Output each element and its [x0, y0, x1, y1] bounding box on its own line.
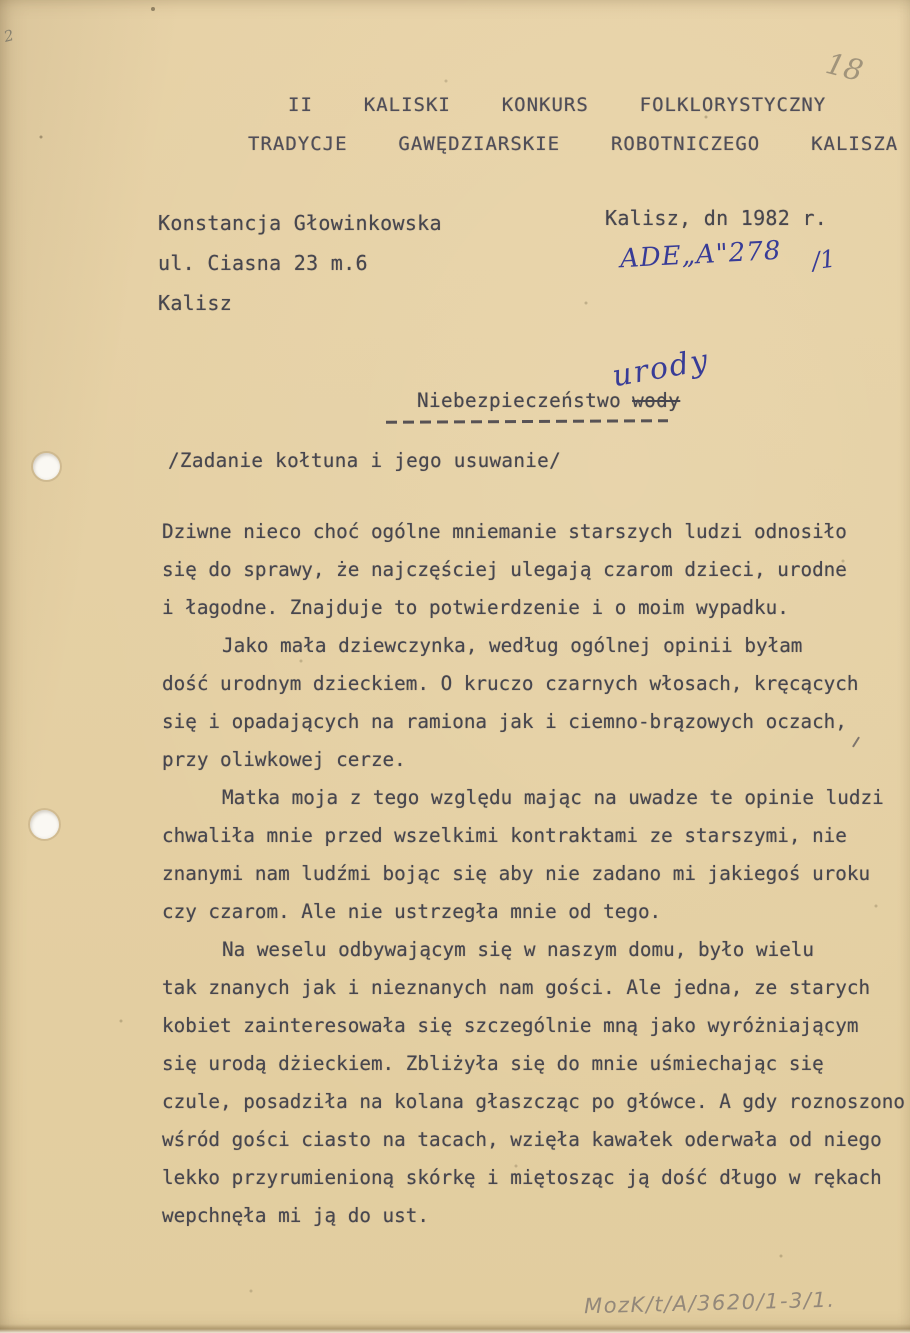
- archive-reference-ink: ADE„A"278: [619, 236, 782, 274]
- body-line: czy czarom. Ale nie ustrzegła mnie od te…: [162, 893, 910, 931]
- document-header-line2: TRADYCJE GAWĘDZIARSKIE ROBOTNICZEGO KALI…: [248, 133, 898, 155]
- body-line: znanymi nam ludźmi bojąc się aby nie zad…: [162, 855, 910, 893]
- author-name: Konstancja Głowinkowska: [158, 211, 442, 235]
- author-city: Kalisz: [158, 291, 232, 315]
- body-line: Matka moja z tego względu mając na uwadz…: [162, 779, 910, 817]
- punch-hole: [33, 453, 60, 480]
- document-title: Niebezpieczeństwowody: [417, 389, 680, 412]
- archive-bottom-reference-pencil: MozK/t/A/3620/1-3/1.: [584, 1288, 836, 1319]
- body-line: i łagodne. Znajduje to potwierdzenie i o…: [162, 589, 910, 627]
- paper-specks: [0, 0, 2, 2]
- body-line: chwaliła mnie przed wszelkimi kontraktam…: [162, 817, 910, 855]
- body-line: tak znanych jak i nieznanych nam gości. …: [162, 969, 910, 1007]
- paper-bottom-edge: [0, 1324, 910, 1333]
- body-line: wśród gości ciasto na tacach, wzięła kaw…: [162, 1121, 910, 1159]
- body-text: Dziwne nieco choć ogólne mniemanie stars…: [162, 513, 910, 1235]
- body-line: kobiet zainteresowała się szczególnie mn…: [162, 1007, 910, 1045]
- body-line: Dziwne nieco choć ogólne mniemanie stars…: [162, 513, 910, 551]
- author-address: ul. Ciasna 23 m.6: [158, 251, 368, 275]
- document-subtitle: /Zadanie kołtuna i jego usuwanie/: [168, 449, 561, 472]
- page-number-pencil: 18: [822, 46, 866, 88]
- body-line: się i opadających na ramiona jak i ciemn…: [162, 703, 910, 741]
- body-line: dość urodnym dzieckiem. O kruczo czarnyc…: [162, 665, 910, 703]
- body-line: lekko przyrumienioną skórkę i miętosząc …: [162, 1159, 910, 1197]
- document-header-line1: II KALISKI KONKURS FOLKLORYSTYCZNY: [288, 94, 826, 116]
- body-line: czule, posadziła na kolana głaszcząc po …: [162, 1083, 910, 1121]
- scanned-document-page: 2 18 II KALISKI KONKURS FOLKLORYSTYCZNY …: [0, 0, 910, 1333]
- dateline: Kalisz, dn 1982 r.: [605, 206, 827, 230]
- body-line: Na weselu odbywającym się w naszym domu,…: [162, 931, 910, 969]
- archive-reference-fraction: /1: [810, 245, 837, 276]
- corner-pencil-mark: 2: [2, 26, 16, 46]
- body-line: Jako mała dziewczynka, według ogólnej op…: [162, 627, 910, 665]
- title-dashed-underline: [386, 419, 668, 423]
- punch-hole: [30, 810, 59, 839]
- title-correction-handwriting: urody: [610, 343, 712, 394]
- body-line: się do sprawy, że najczęściej ulegają cz…: [162, 551, 910, 589]
- title-struck-word: wody: [632, 389, 680, 412]
- body-line: wepchnęła mi ją do ust.: [162, 1197, 910, 1235]
- body-line: się urodą dżieckiem. Zbliżyła się do mni…: [162, 1045, 910, 1083]
- body-line: przy oliwkowej cerze.: [162, 741, 910, 779]
- title-text: Niebezpieczeństwo: [417, 389, 621, 412]
